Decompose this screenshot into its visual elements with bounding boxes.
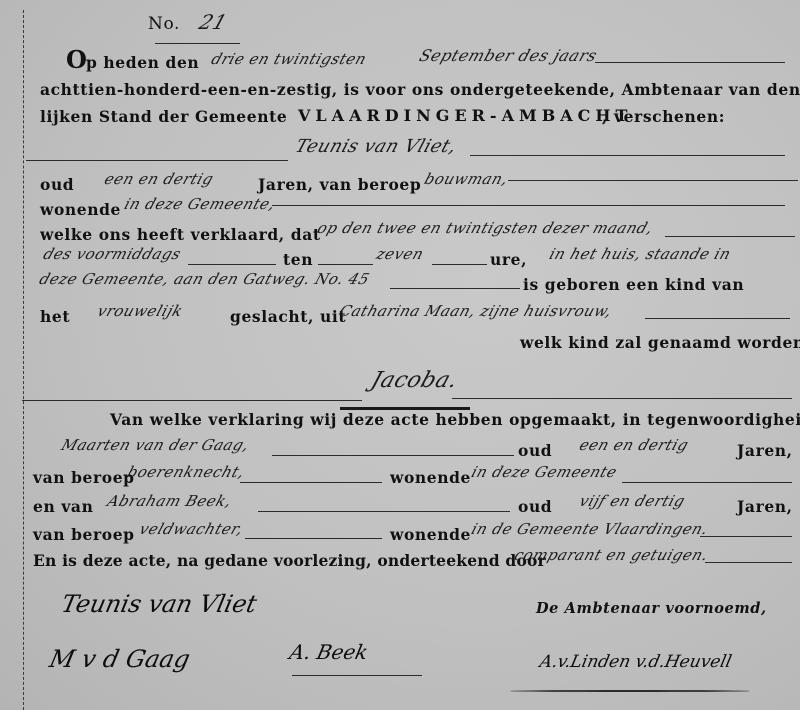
- witness2-label-wonende: wonende: [390, 525, 471, 544]
- label-ten: ten: [283, 250, 313, 269]
- signature-flourish: [510, 690, 750, 692]
- month-handwritten: September des jaars: [417, 46, 600, 65]
- birth-hour: zeven: [374, 245, 426, 263]
- initial-letter: O: [66, 45, 88, 74]
- fill-line: [390, 288, 520, 289]
- line2-printed: achttien-honderd-een-en-zestig, is voor …: [40, 80, 800, 99]
- fill-line: [245, 538, 382, 539]
- fill-line: [705, 562, 792, 563]
- witness1-age: een en dertig: [577, 436, 691, 454]
- witness1-name: Maarten van der Gaag,: [59, 436, 252, 454]
- label-geslacht: geslacht, uit: [230, 307, 346, 326]
- witness1-label-jaren: Jaren,: [737, 441, 793, 460]
- witness2-age: vijf en dertig: [577, 492, 687, 510]
- fill-line: [595, 62, 785, 63]
- witness1-label-wonende: wonende: [390, 468, 471, 487]
- witness2-name: Abraham Beek,: [105, 492, 234, 510]
- child-name: Jacoba.: [368, 368, 461, 393]
- label-child-name: welk kind zal genaamd worden:: [520, 333, 800, 352]
- witness1-occupation: boerenknecht,: [125, 463, 247, 481]
- fill-line: [665, 236, 795, 237]
- closing-printed: En is deze acte, na gedane voorlezing, o…: [33, 551, 546, 570]
- witness2-occupation: veldwachter,: [137, 520, 246, 538]
- fill-line: [470, 155, 785, 156]
- witness2-label-oud: oud: [518, 497, 552, 516]
- signature-witness2: A. Beek: [287, 640, 370, 664]
- fill-line: [700, 536, 792, 537]
- witness2-residence: in de Gemeente Vlaardingen.: [469, 520, 711, 538]
- declarant-residence: in deze Gemeente,: [122, 195, 278, 213]
- label-oud: oud: [40, 175, 74, 194]
- fill-line: [622, 482, 792, 483]
- birth-place-b: deze Gemeente, aan den Gatweg. No. 45: [37, 270, 372, 288]
- day-handwritten: drie en twintigsten: [209, 50, 369, 68]
- witness2-label-beroep: van beroep: [33, 525, 135, 544]
- fill-line: [452, 398, 792, 399]
- label-wonende: wonende: [40, 200, 121, 219]
- fill-line: [645, 318, 790, 319]
- fill-line: [188, 264, 276, 265]
- civil-birth-record-page: No. 21 O p heden den drie en twintigsten…: [0, 0, 800, 710]
- label-born: is geboren een kind van: [523, 275, 744, 294]
- child-sex: vrouwelijk: [95, 302, 185, 320]
- witness1-label-oud: oud: [518, 441, 552, 460]
- official-label: De Ambtenaar voornoemd,: [536, 600, 767, 617]
- fill-line: [272, 205, 785, 206]
- label-declared: welke ons heeft verklaard, dat: [40, 225, 321, 244]
- record-number: 21: [196, 10, 230, 34]
- line3-printed-a: lijken Stand der Gemeente: [40, 107, 287, 126]
- witness1-residence: in deze Gemeente: [469, 463, 620, 481]
- fill-line: [22, 400, 362, 401]
- witness2-label-en: en van: [33, 497, 93, 516]
- fill-line: [318, 264, 373, 265]
- mother-name: Catharina Maan, zijne huisvrouw,: [337, 302, 614, 320]
- line3-printed-b: , verschenen:: [602, 107, 725, 126]
- time-of-day: des voormiddags: [41, 245, 183, 263]
- fill-line: [26, 160, 288, 161]
- signature-flourish: [292, 675, 422, 676]
- label-ure: ure,: [490, 250, 527, 269]
- witness1-label-beroep: van beroep: [33, 468, 135, 487]
- witness-intro: Van welke verklaring wij deze acte hebbe…: [110, 410, 800, 429]
- fill-line: [272, 455, 514, 456]
- fill-line: [240, 482, 382, 483]
- fill-line: [508, 180, 798, 181]
- birth-place-a: in het huis, staande in: [547, 245, 733, 263]
- left-margin-rule: [23, 10, 24, 710]
- number-underline: [155, 43, 240, 44]
- declarant-occupation: bouwman,: [422, 170, 511, 188]
- fill-line: [432, 264, 487, 265]
- witness2-label-jaren: Jaren,: [737, 497, 793, 516]
- signature-official: A.v.Linden v.d.Heuvell: [538, 652, 734, 672]
- declarant-age: een en dertig: [102, 170, 216, 188]
- municipality-name: VLAARDINGER-AMBACHT: [298, 106, 632, 125]
- fill-line: [258, 511, 510, 512]
- closing-handwritten: comparant en getuigen.: [512, 546, 711, 564]
- declarant-name: Teunis van Vliet,: [293, 136, 460, 157]
- label-jaren-beroep: Jaren, van beroep: [258, 175, 421, 194]
- label-het: het: [40, 307, 70, 326]
- signature-witness1: M v d Gaag: [47, 645, 192, 673]
- line1-printed: p heden den: [86, 53, 199, 72]
- record-number-label: No.: [148, 14, 180, 34]
- birth-date-handwritten: op den twee en twintigsten dezer maand,: [315, 219, 655, 237]
- signature-declarant: Teunis van Vliet: [59, 590, 259, 618]
